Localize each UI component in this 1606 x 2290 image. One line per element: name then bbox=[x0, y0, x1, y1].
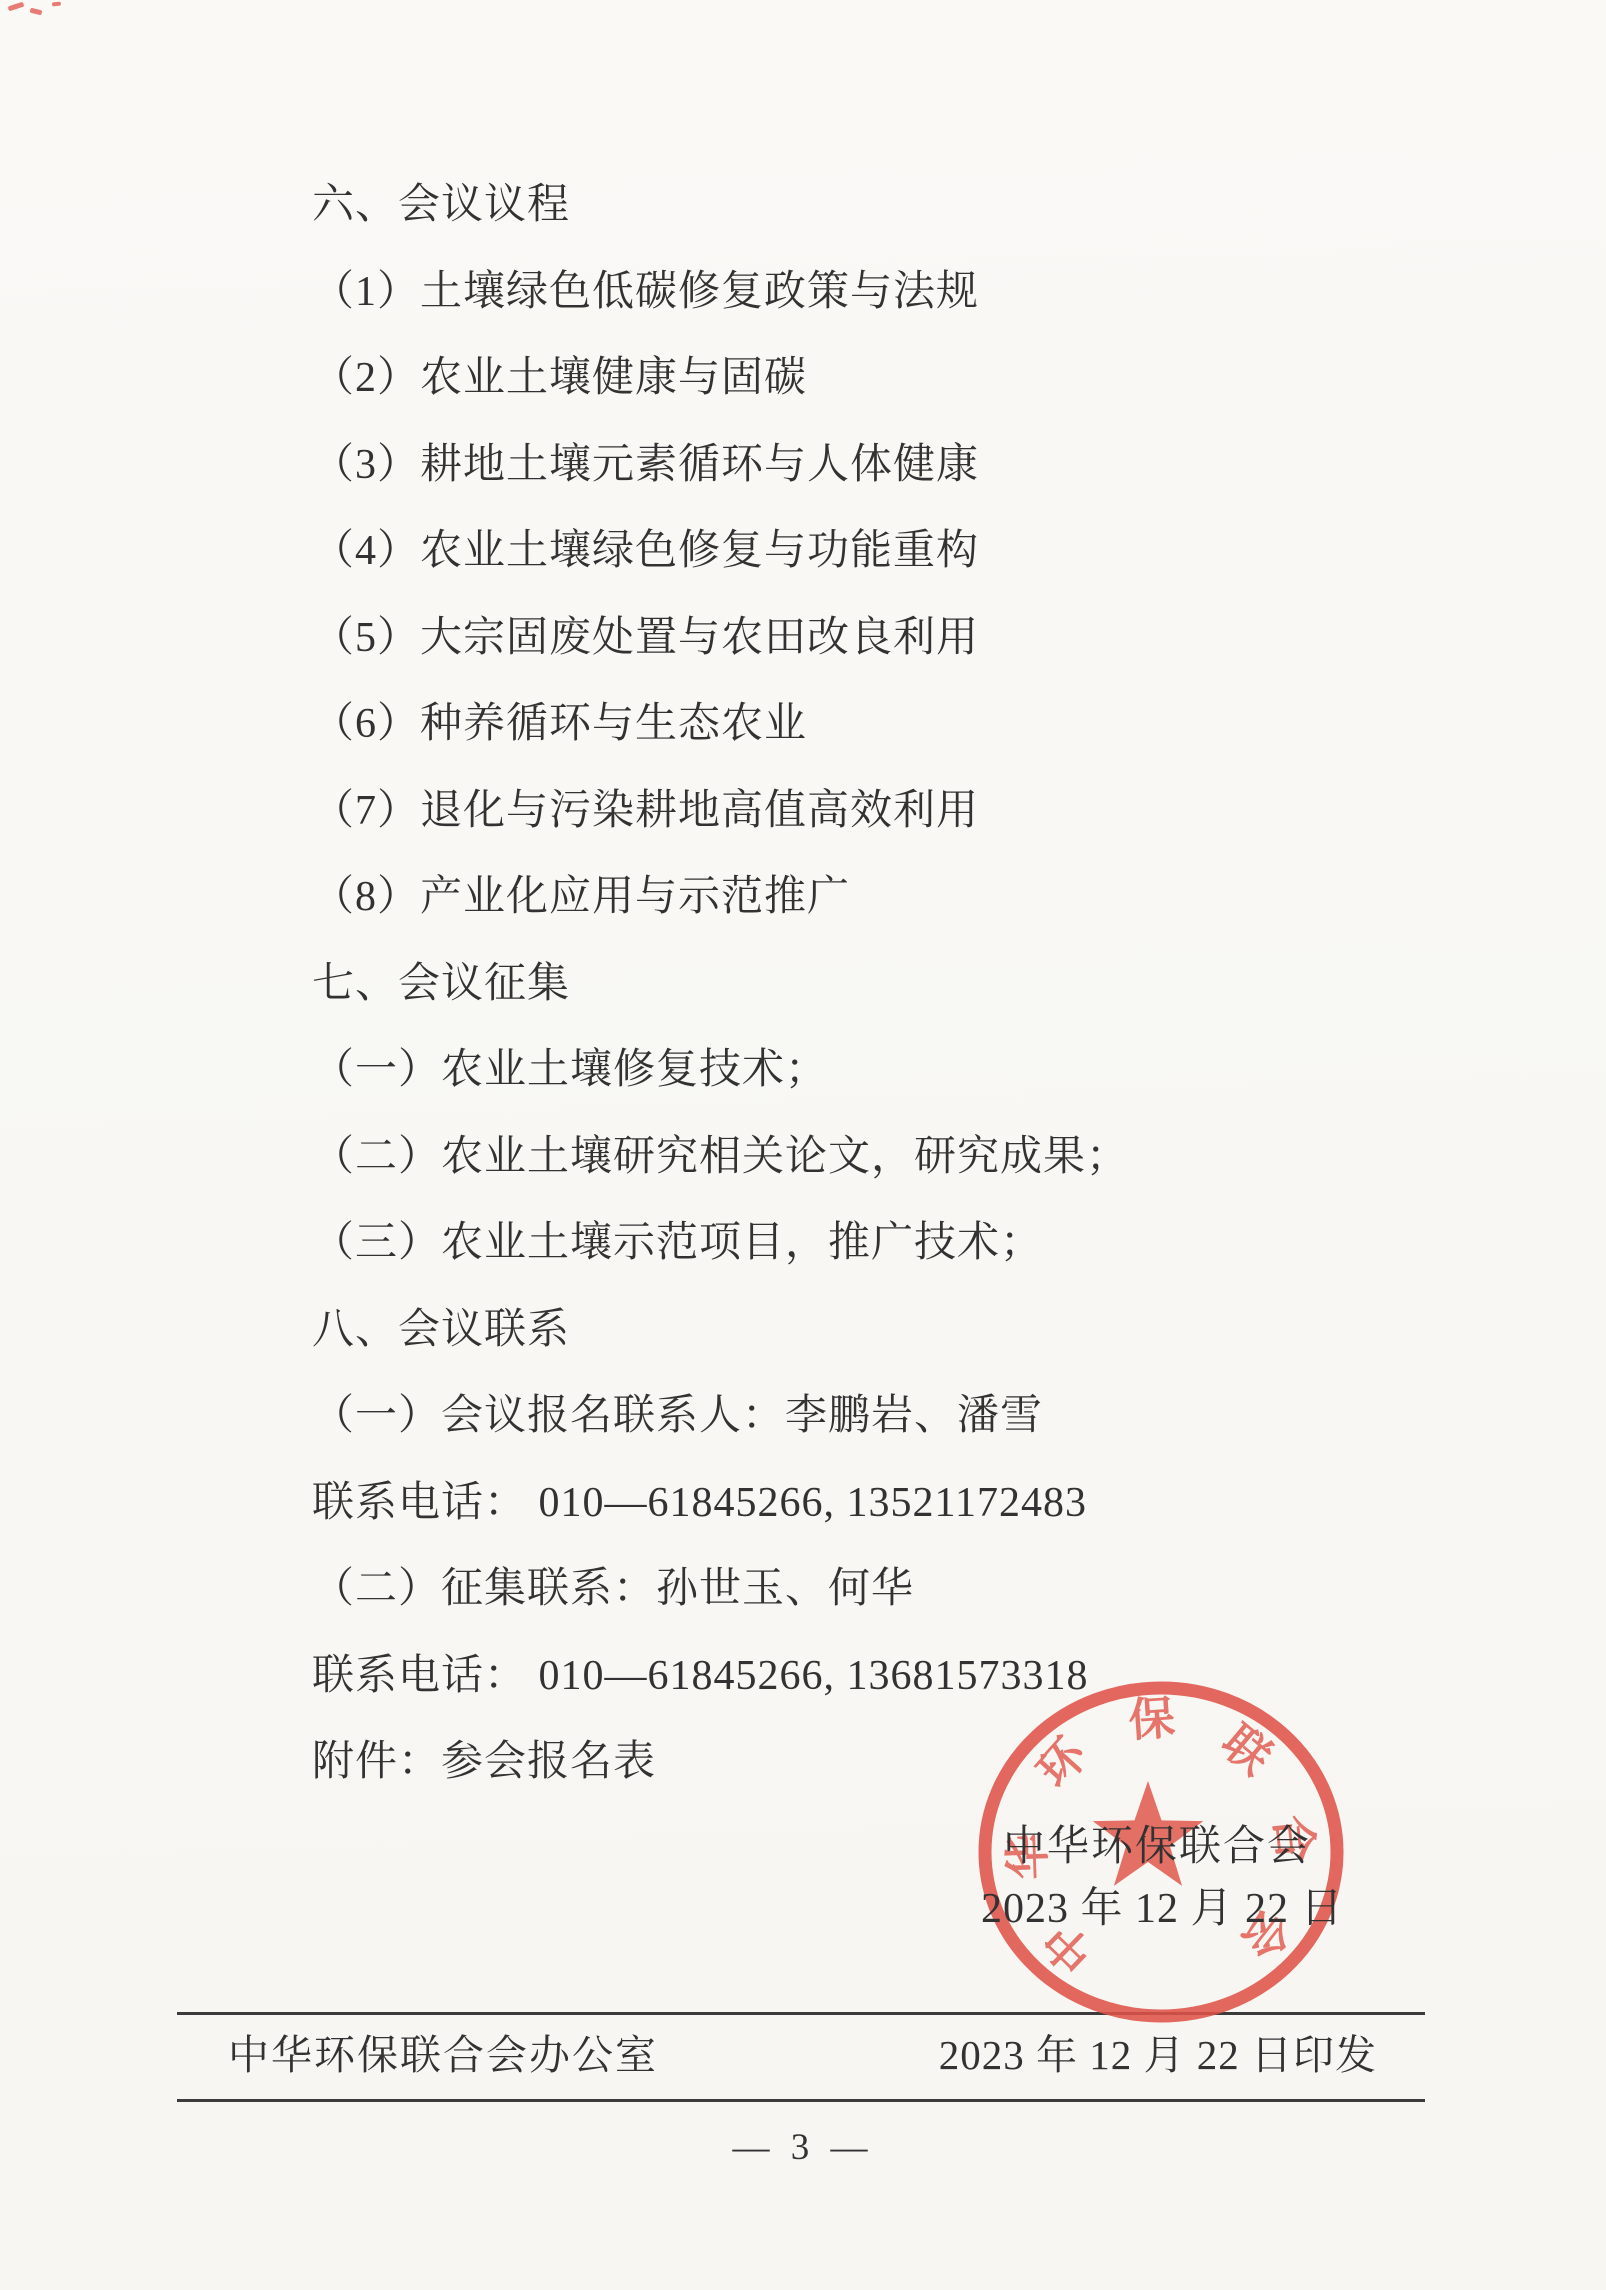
body-line: 七、会议征集 bbox=[312, 941, 1522, 1028]
body-line: （二）农业土壤研究相关论文，研究成果； bbox=[312, 1114, 1522, 1201]
document-body: 六、会议议程（1）土壤绿色低碳修复政策与法规（2）农业土壤健康与固碳（3）耕地土… bbox=[312, 162, 1522, 1806]
red-scan-speck bbox=[52, 2, 61, 7]
body-line: （二）征集联系：孙世玉、何华 bbox=[312, 1546, 1522, 1633]
body-line: （8）产业化应用与示范推广 bbox=[312, 854, 1522, 941]
body-line: 八、会议联系 bbox=[312, 1287, 1522, 1374]
seal-char: 保 bbox=[1127, 1692, 1176, 1746]
body-line: （一）会议报名联系人：李鹏岩、潘雪 bbox=[312, 1373, 1522, 1460]
signature-org: 中华环保联合会 bbox=[1003, 1822, 1311, 1872]
body-line: 联系电话： 010—61845266, 13521172483 bbox=[312, 1460, 1522, 1547]
body-line: （三）农业土壤示范项目，推广技术； bbox=[312, 1200, 1522, 1287]
body-line: （6）种养循环与生态农业 bbox=[312, 681, 1522, 768]
document-page: 六、会议议程（1）土壤绿色低碳修复政策与法规（2）农业土壤健康与固碳（3）耕地土… bbox=[0, 0, 1606, 2290]
body-line: （7）退化与污染耕地高值高效利用 bbox=[312, 768, 1522, 855]
body-line: （3）耕地土壤元素循环与人体健康 bbox=[312, 422, 1522, 509]
body-line: （4）农业土壤绿色修复与功能重构 bbox=[312, 508, 1522, 595]
body-line: （5）大宗固废处置与农田改良利用 bbox=[312, 595, 1522, 682]
signature-date: 2023 年 12 月 22 日 bbox=[981, 1884, 1344, 1934]
body-line: 六、会议议程 bbox=[312, 162, 1522, 249]
red-scan-speck bbox=[30, 8, 43, 16]
footer-office: 中华环保联合会办公室 bbox=[228, 2032, 658, 2078]
footer-rule-bottom bbox=[177, 2099, 1425, 2102]
body-line: （2）农业土壤健康与固碳 bbox=[312, 335, 1522, 422]
red-scan-speck bbox=[8, 2, 25, 12]
body-line: （一）农业土壤修复技术； bbox=[312, 1027, 1522, 1114]
page-number: — 3 — bbox=[0, 2126, 1606, 2169]
body-line: （1）土壤绿色低碳修复政策与法规 bbox=[312, 249, 1522, 336]
